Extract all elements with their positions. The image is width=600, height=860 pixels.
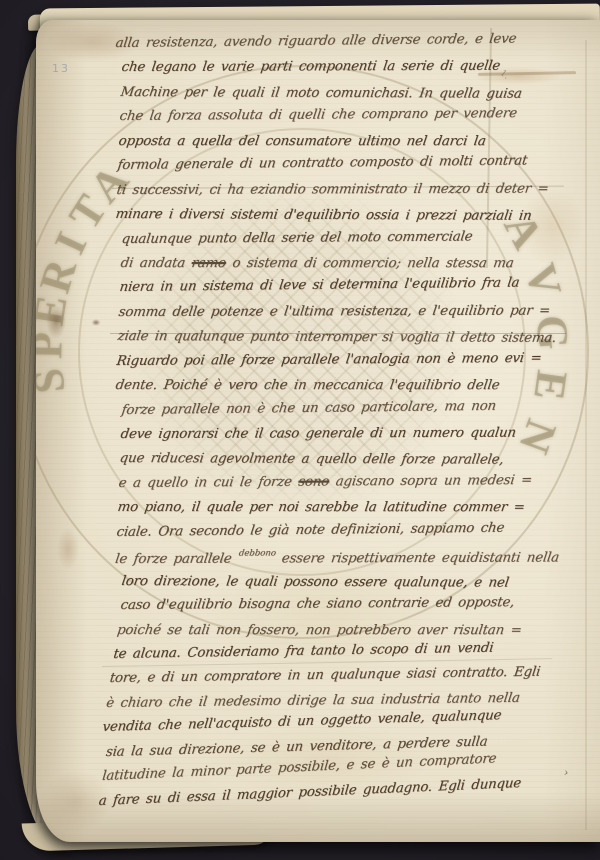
manuscript-text: alla resistenza, avendo riguardo alle di… bbox=[118, 36, 588, 818]
manuscript-line: niera in un sistema di leve si determina… bbox=[117, 275, 590, 305]
scanned-manuscript-photo: { "document": { "kind": "handwritten man… bbox=[0, 0, 600, 860]
manuscript-line: somma delle potenze e l'ultima resistenz… bbox=[116, 303, 589, 329]
manuscript-line: formola generale di un contratto compost… bbox=[115, 153, 588, 183]
manuscript-line: caso d'equilibrio bisogna che siano cont… bbox=[118, 595, 591, 623]
line-text: ziale in qualunque punto interromper si … bbox=[117, 329, 558, 346]
paper-stain bbox=[42, 298, 70, 346]
line-text: o sistema di commercio; nella stessa ma bbox=[225, 256, 515, 271]
line-text: caso d'equilibrio bisogna che siano cont… bbox=[120, 595, 516, 613]
line-text: dente. Poiché è vero che in meccanica l'… bbox=[115, 378, 501, 393]
stamp-letter: R bbox=[36, 253, 87, 298]
line-text: niera in un sistema di leve si determina… bbox=[119, 276, 521, 295]
line-text: che la forza assoluta di quelli che comp… bbox=[119, 106, 518, 124]
line-text: deve ignorarsi che il caso generale di u… bbox=[120, 426, 517, 442]
inserted-word: debbono bbox=[238, 549, 276, 559]
manuscript-line: forze parallele non è che un caso partic… bbox=[119, 397, 592, 427]
manuscript-line: e a quello in cui le forze sono agiscano… bbox=[116, 472, 589, 500]
line-text: essere rispettivamente equidistanti nell… bbox=[274, 551, 560, 567]
line-text: che legano le varie parti componenti la … bbox=[121, 59, 501, 75]
line-text: formola generale di un contratto compost… bbox=[117, 154, 529, 174]
manuscript-line: ciale. Ora secondo le già note definizio… bbox=[114, 519, 587, 549]
stamp-letter: S bbox=[36, 366, 76, 397]
stamp-letter: T bbox=[58, 186, 117, 238]
line-text: opposta a quella del consumatore ultimo … bbox=[118, 134, 487, 149]
line-text: loro direzione, le quali possono essere … bbox=[121, 574, 510, 591]
stamp-letter: I bbox=[44, 225, 97, 262]
line-text: agiscano sopra un medesi = bbox=[328, 473, 533, 490]
line-text: qualunque punto della serie del moto com… bbox=[121, 229, 474, 247]
line-text: ti successivi, ci ha eziandio somministr… bbox=[116, 181, 550, 198]
manuscript-line: ti successivi, ci ha eziandio somministr… bbox=[114, 181, 587, 207]
manuscript-line: che la forza assoluta di quelli che comp… bbox=[117, 106, 590, 134]
folio-number: 13 bbox=[52, 62, 70, 75]
ink-spot bbox=[90, 318, 102, 327]
line-text: le forze parallele bbox=[114, 552, 239, 567]
manuscript-line: deve ignorarsi che il caso generale di u… bbox=[118, 425, 591, 451]
manuscript-page: SPERITAAVGEN 13 › 1. alla resistenza, av… bbox=[36, 20, 600, 842]
line-text: alla resistenza, avendo riguardo alle di… bbox=[115, 32, 517, 51]
line-text: que riducesi agevolmente a quello delle … bbox=[119, 451, 505, 468]
line-text: somma delle potenze e l'ultima resistenz… bbox=[118, 303, 551, 320]
manuscript-line: qualunque punto della serie del moto com… bbox=[119, 228, 592, 256]
line-text: di andata bbox=[120, 256, 193, 271]
line-text: Riguardo poi alle forze parallele l'anal… bbox=[116, 351, 543, 369]
manuscript-line: le forze parallele debbono essere rispet… bbox=[113, 548, 586, 574]
manuscript-line: alla resistenza, avendo riguardo alle di… bbox=[113, 31, 586, 61]
line-text: mo piano, il quale per noi sarebbe la la… bbox=[117, 500, 526, 515]
struck-word: sono bbox=[297, 474, 330, 489]
manuscript-line: che legano le varie parti componenti la … bbox=[119, 59, 592, 85]
paper-stain bbox=[52, 518, 84, 580]
struck-word: ramo bbox=[191, 256, 227, 271]
line-text: Machine per le quali il moto comunichasi… bbox=[120, 85, 523, 102]
line-text: e a quello in cui le forze bbox=[118, 475, 300, 491]
line-text: minare i diversi sistemi d'equilibrio os… bbox=[115, 207, 533, 224]
manuscript-line: Riguardo poi alle forze parallele l'anal… bbox=[114, 350, 587, 378]
line-text: poiché se tali non fossero, non potrebbe… bbox=[116, 623, 523, 638]
